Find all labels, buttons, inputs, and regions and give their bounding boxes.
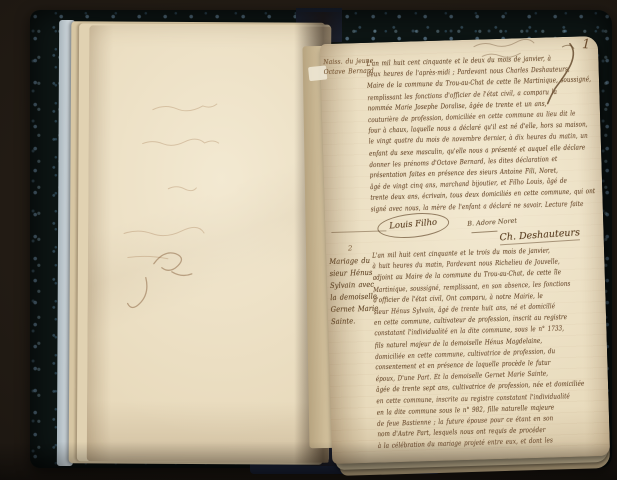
- page-number: 1: [581, 37, 590, 52]
- margin-note-line: Octave Bernard: [324, 66, 370, 77]
- signature-paraph-line: [471, 231, 497, 234]
- margin-note-line: Sainte.: [331, 315, 377, 328]
- margin-note-line: sieur Hénus: [329, 267, 375, 280]
- act-2-marriage-record: L'an mil huit cent cinquante et le trois…: [372, 244, 604, 455]
- margin-note-act-1: Naiss. du jeuneOctave Bernard: [323, 57, 369, 77]
- right-page-manuscript: 1 Naiss. du jeuneOctave Bernard L'an mil…: [320, 36, 610, 464]
- act-2-margin-number: 2: [348, 244, 353, 252]
- show-through-handwriting: [87, 25, 332, 462]
- margin-note-line: Naiss. du jeune: [323, 57, 369, 68]
- signature-noret: B. Adore Noret: [467, 217, 517, 228]
- margin-note-act-2: Mariage dusieur HénusSylvain avecla demo…: [329, 255, 377, 328]
- left-page-blank: [87, 25, 332, 462]
- manuscript-register-scan: 1 Naiss. du jeuneOctave Bernard L'an mil…: [0, 0, 617, 480]
- signature-deshauteurs: Ch. Deshauteurs: [499, 227, 580, 245]
- act-1-birth-record: L'an mil huit cent cinquante et le deux …: [366, 52, 596, 219]
